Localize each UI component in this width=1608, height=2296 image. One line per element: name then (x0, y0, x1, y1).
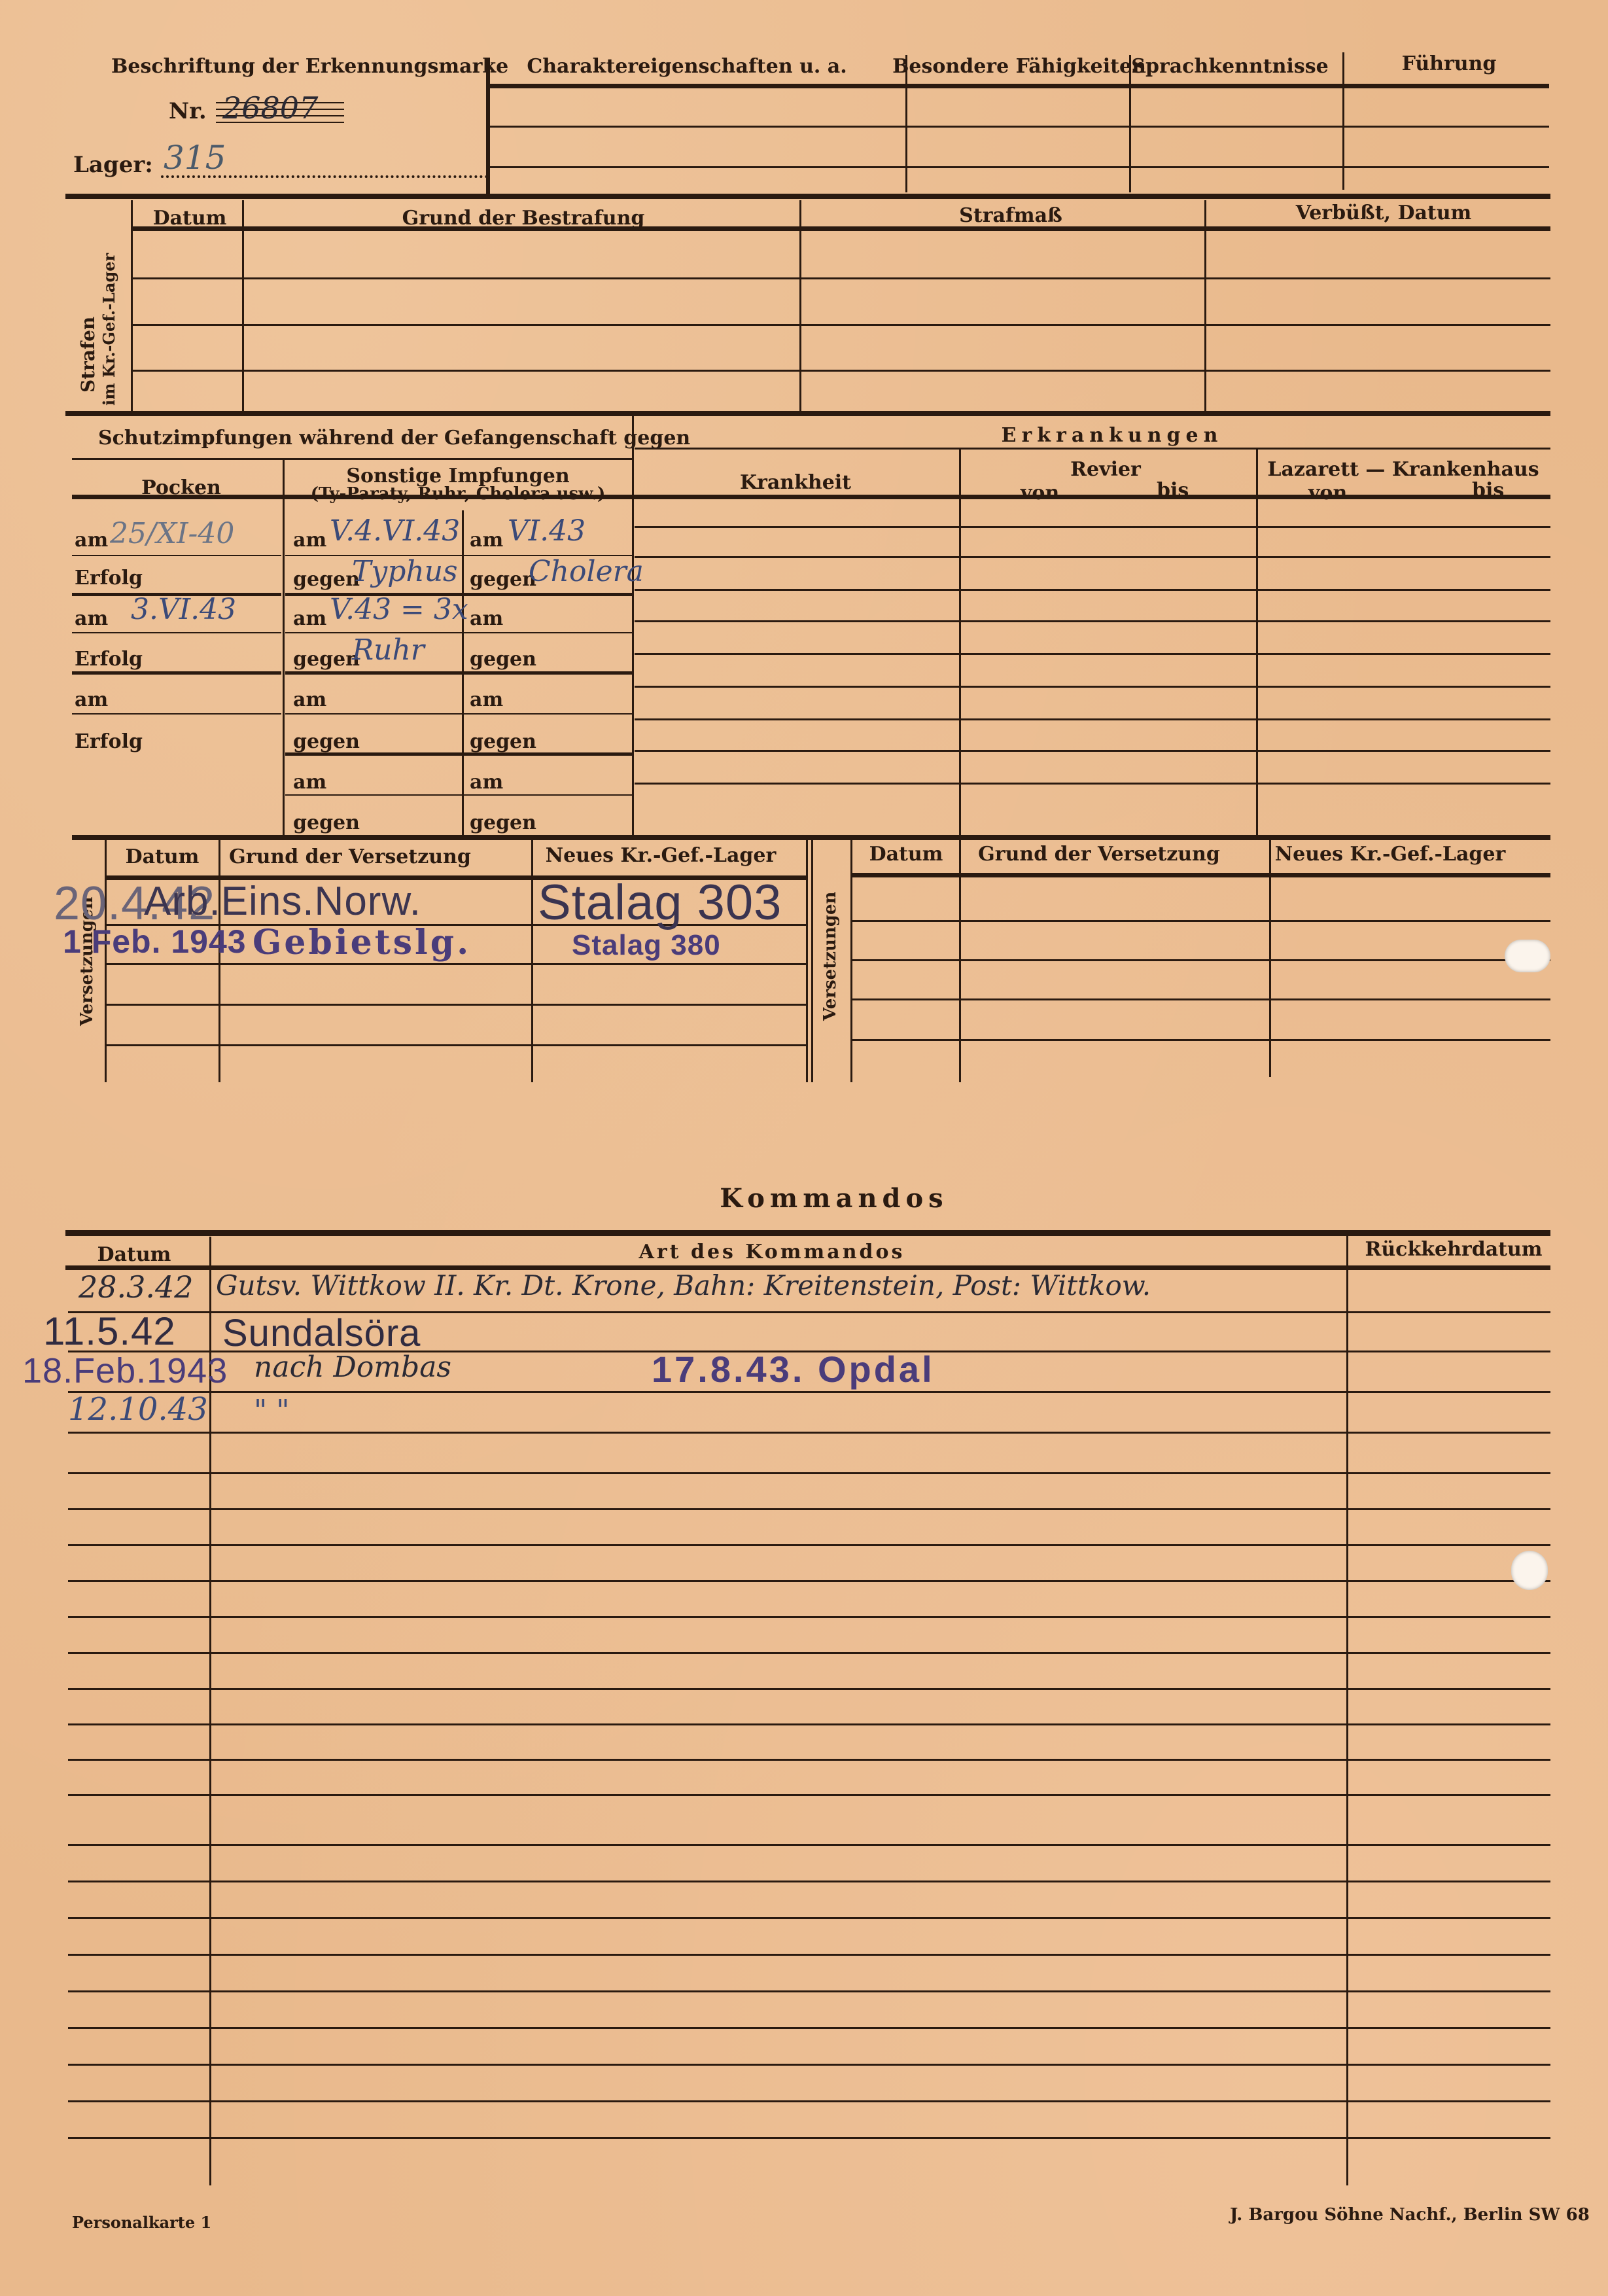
col-kom-art: Art des Kommandos (639, 1241, 905, 1263)
printer-imprint: J. Bargou Söhne Nachf., Berlin SW 68 (1230, 2205, 1590, 2225)
col-sonstige-sub: (Ty-Paraty, Ruhr, Cholera usw.) (311, 484, 606, 504)
versetzungen-side-label-right: Versetzungen (820, 892, 840, 1021)
col-vers-datum: Datum (126, 845, 200, 868)
col-krankheit: Krankheit (740, 471, 851, 494)
col-lazarett: Lazarett — Krankenhaus (1267, 458, 1539, 481)
punch-hole-upper (1505, 940, 1550, 972)
nr-value: 26807 (222, 90, 318, 126)
kom-datum-3: 18.Feb.1943 (22, 1351, 228, 1391)
vers-lager-1: Stalag 303 (538, 874, 782, 931)
vers-grund-1: Arb.Eins.Norw. (144, 878, 421, 925)
lager-value: 315 (164, 139, 226, 177)
personalkarte-card (0, 0, 1608, 2296)
col-vers-lager-r: Neues Kr.-Gef.-Lager (1275, 843, 1506, 866)
col-revier: Revier (1070, 458, 1141, 481)
kom-art-4: " " (254, 1394, 289, 1427)
col-faehigkeiten: Besondere Fähigkeiten (892, 55, 1146, 78)
sonstige-gegen-2: Ruhr (352, 633, 425, 667)
col-kom-datum: Datum (97, 1243, 171, 1266)
col-sprachkenntnisse: Sprachkenntnisse (1131, 55, 1328, 78)
col-kom-rueckkehr: Rückkehrdatum (1365, 1238, 1542, 1261)
pocken-am-1: 25/XI-40 (110, 517, 234, 550)
form-name: Personalkarte 1 (72, 2213, 211, 2232)
col-vers-grund: Grund der Versetzung (229, 845, 471, 868)
kom-art-1: Gutsv. Wittkow II. Kr. Dt. Krone, Bahn: … (216, 1269, 1151, 1301)
kom-art-2: Sundalsöra (222, 1311, 421, 1355)
kom-art-3: nach Dombas (254, 1351, 451, 1384)
sonstige-gegen-1: Typhus (352, 555, 458, 588)
erkrankungen-title: Erkrankungen (1002, 424, 1223, 447)
lager-label: Lager: (73, 152, 153, 178)
tag-label: Beschriftung der Erkennungsmarke (111, 55, 508, 78)
sonstige-right-am-1: VI.43 (508, 514, 586, 548)
kommandos-title: Kommandos (720, 1183, 948, 1214)
sonstige-am-1: V.4.VI.43 (330, 514, 460, 548)
col-vers-lager: Neues Kr.-Gef.-Lager (546, 844, 777, 867)
col-strafmass: Strafmaß (959, 204, 1062, 227)
sonstige-am-2: V.43 = 3x (330, 593, 468, 626)
col-charakter: Charaktereigenschaften u. a. (527, 55, 847, 78)
col-fuehrung: Führung (1402, 52, 1497, 75)
col-vers-grund-r: Grund der Versetzung (978, 843, 1220, 866)
kom-datum-4: 12.10.43 (68, 1391, 208, 1428)
kom-datum-1: 28.3.42 (79, 1269, 194, 1305)
strafen-side-label: Strafen (77, 317, 99, 393)
impfungen-title: Schutzimpfungen während der Gefangenscha… (98, 427, 690, 450)
vers-grund-2: Gebietslg. (253, 923, 471, 963)
kom-extra-3: 17.8.43. Opdal (652, 1348, 935, 1390)
nr-label: Nr. (169, 98, 207, 124)
vers-lager-2: Stalag 380 (572, 929, 721, 962)
pocken-am-2: 3.VI.43 (131, 593, 236, 626)
vers-datum-2: 1 Feb. 1943 (63, 923, 247, 961)
kom-datum-2: 11.5.42 (43, 1309, 176, 1354)
sonstige-right-gegen-1: Cholera (529, 555, 644, 588)
col-verbuesst-datum: Verbüßt, Datum (1296, 202, 1472, 224)
col-vers-datum-r: Datum (869, 843, 943, 866)
strafen-side-label-2: im Kr.-Gef.-Lager (99, 253, 118, 406)
punch-hole-lower (1511, 1551, 1548, 1590)
